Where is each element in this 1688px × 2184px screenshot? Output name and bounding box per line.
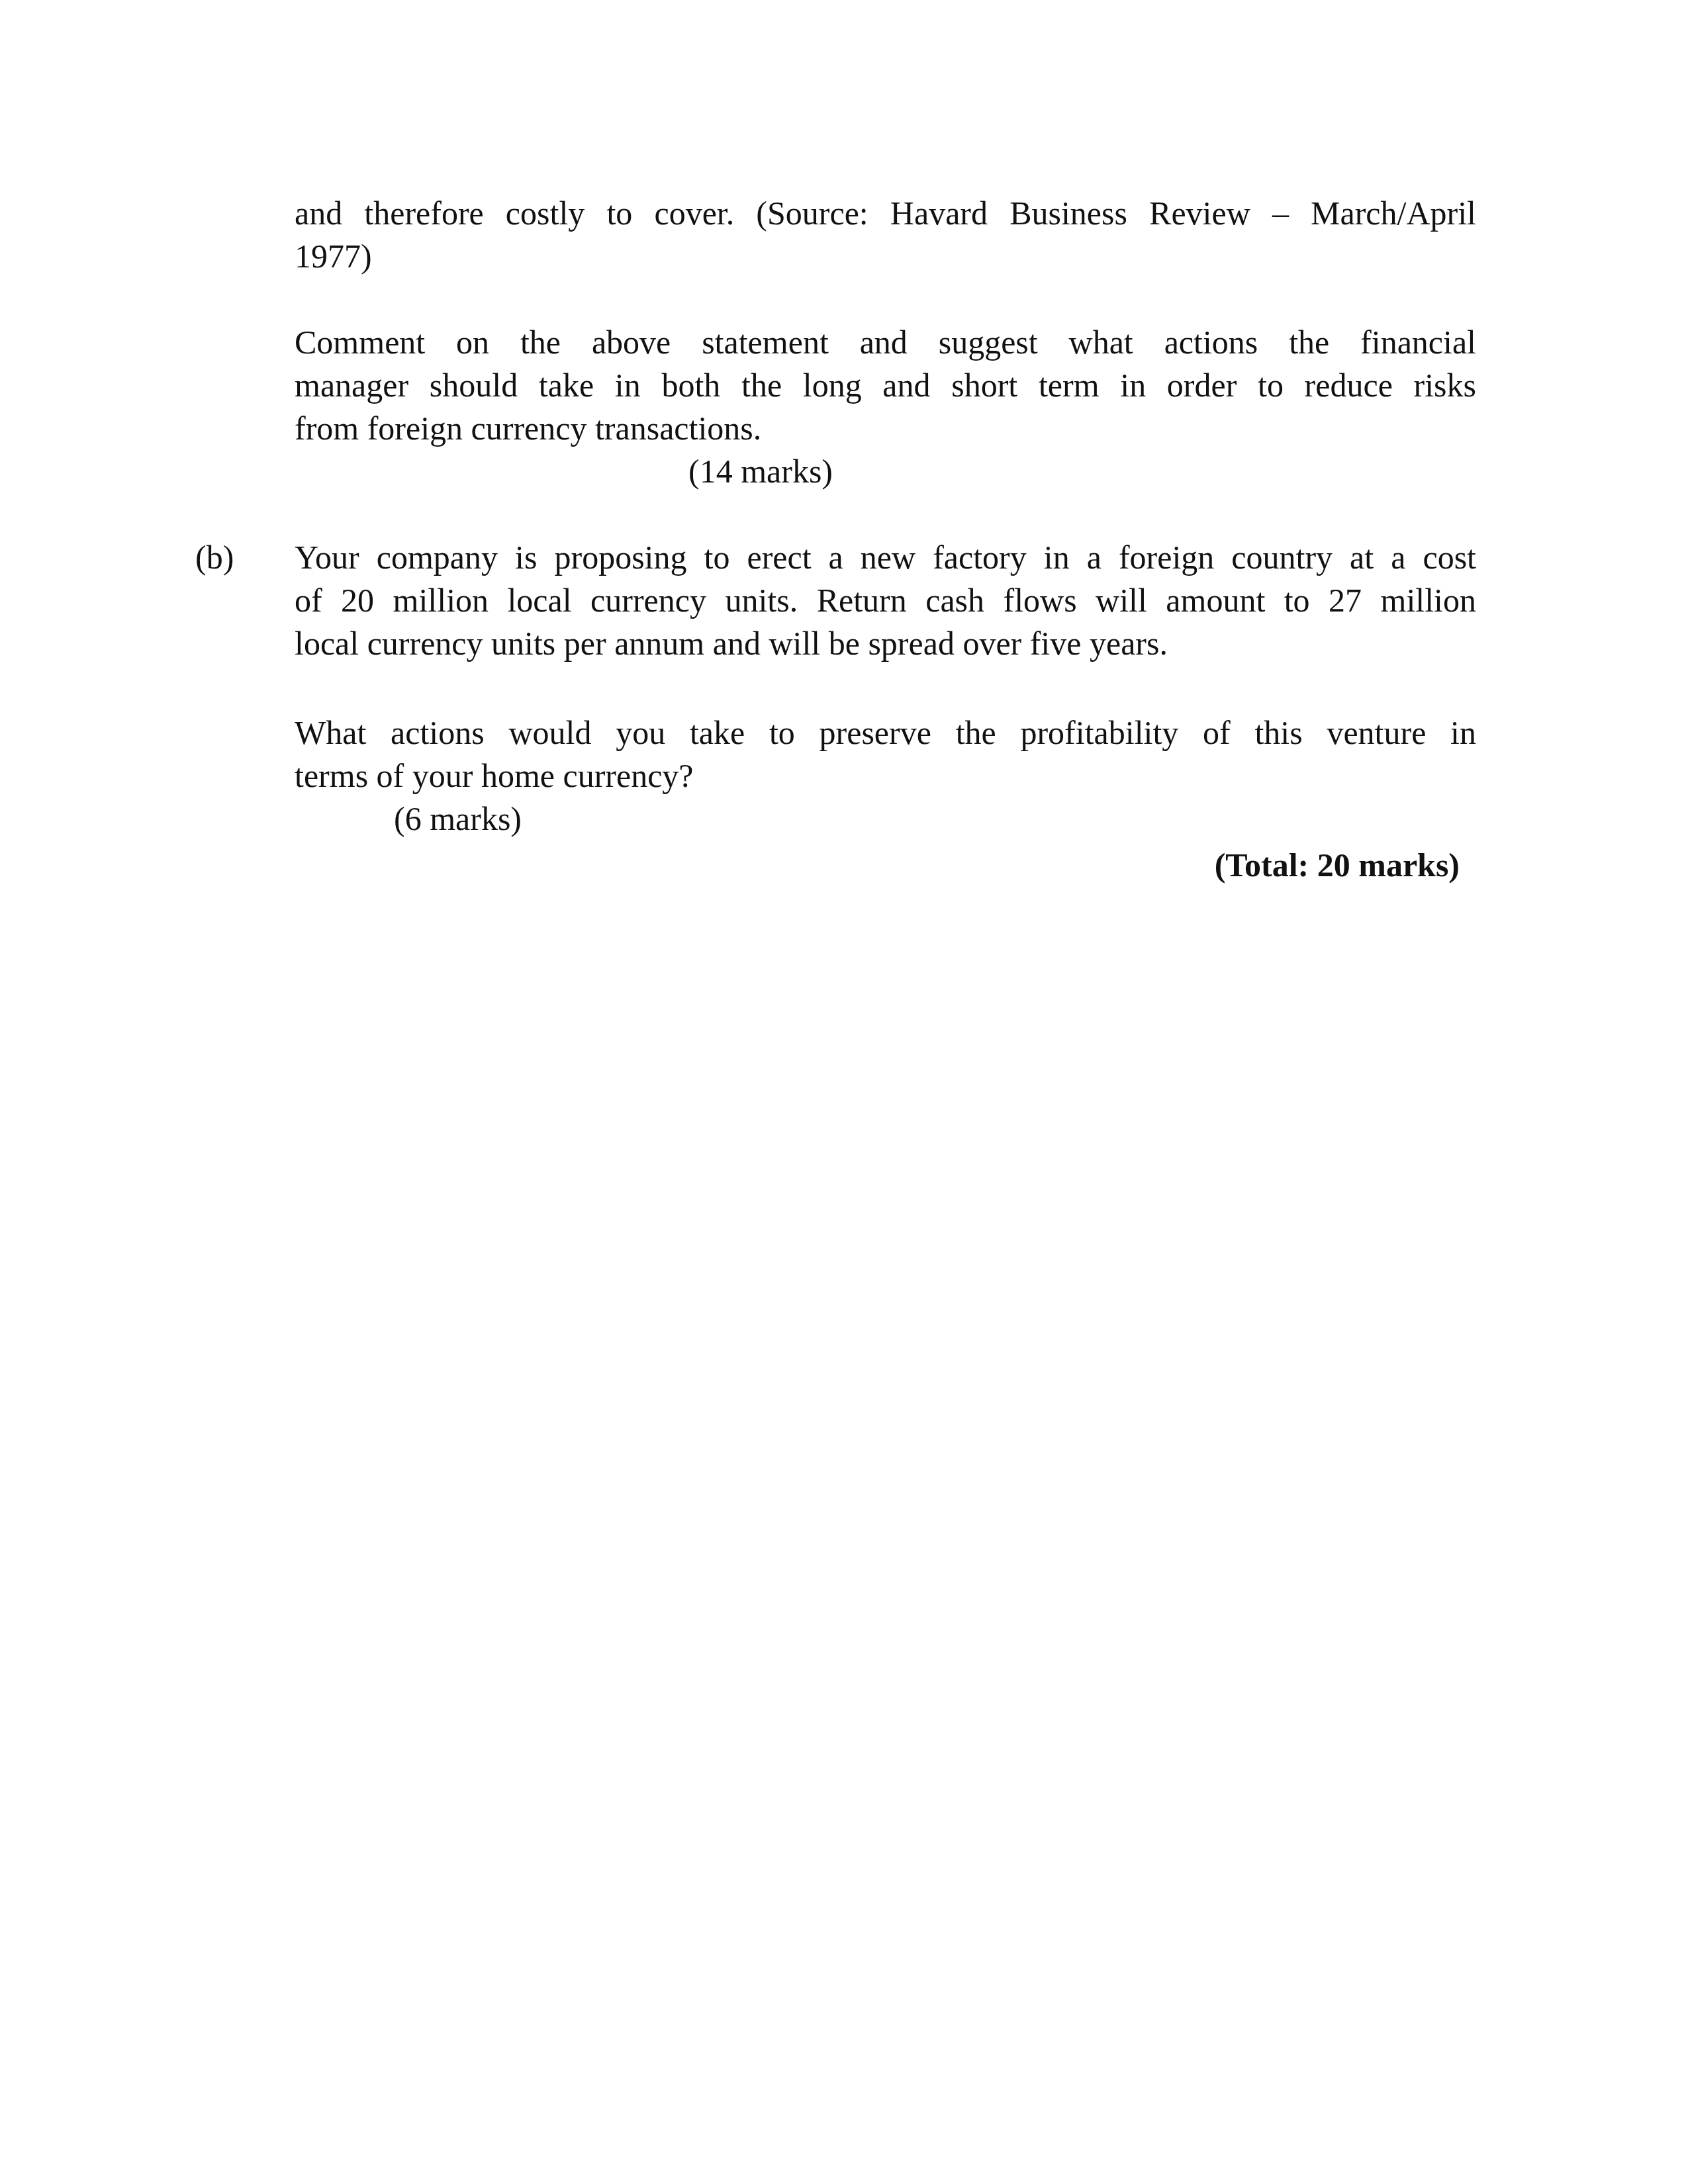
paragraph-line: Comment on the above statement and sugge… xyxy=(295,321,1476,364)
total-marks: (Total: 20 marks) xyxy=(1215,844,1460,887)
paragraph-line: Your company is proposing to erect a new… xyxy=(295,536,1476,579)
paragraph-line: 1977) xyxy=(295,235,1476,278)
part-b-label: (b) xyxy=(195,536,234,579)
paragraph-line: manager should take in both the long and… xyxy=(295,364,1476,407)
paragraph-line: terms of your home currency? xyxy=(295,754,1476,797)
part-a-marks: (14 marks) xyxy=(688,450,833,493)
paragraph-line: of 20 million local currency units. Retu… xyxy=(295,579,1476,622)
part-a-instruction-paragraph: Comment on the above statement and sugge… xyxy=(295,321,1476,450)
part-b-scenario-paragraph: Your company is proposing to erect a new… xyxy=(295,536,1476,665)
part-a-source-paragraph: and therefore costly to cover. (Source: … xyxy=(295,192,1476,278)
paragraph-line: local currency units per annum and will … xyxy=(295,622,1476,665)
paragraph-line: from foreign currency transactions. xyxy=(295,407,1476,450)
paragraph-line: What actions would you take to preserve … xyxy=(295,711,1476,754)
part-b-marks: (6 marks) xyxy=(394,797,522,841)
part-b-question-paragraph: What actions would you take to preserve … xyxy=(295,711,1476,797)
paragraph-line: and therefore costly to cover. (Source: … xyxy=(295,192,1476,235)
